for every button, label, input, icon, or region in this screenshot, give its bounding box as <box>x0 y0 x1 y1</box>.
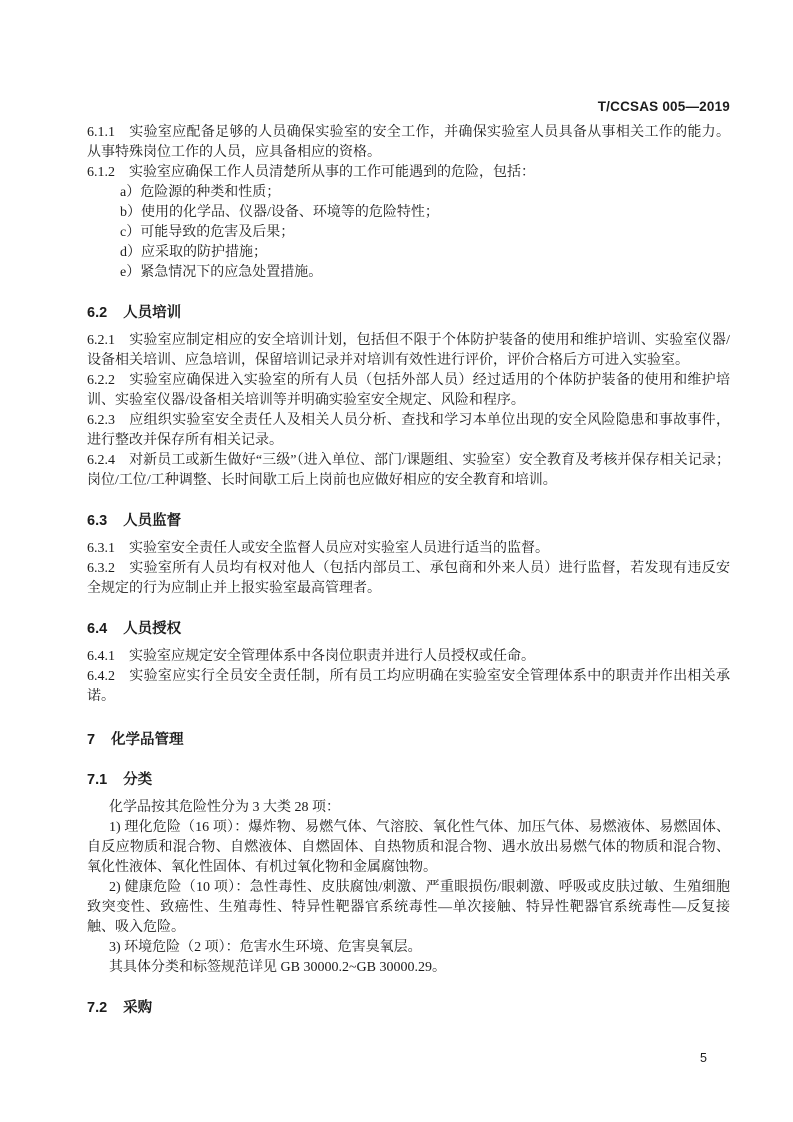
clause-text: 实验室应规定安全管理体系中各岗位职责并进行人员授权或任命。 <box>129 649 535 664</box>
heading-label: 分类 <box>123 772 152 788</box>
heading-7-1: 7.1分类 <box>87 770 730 790</box>
heading-7: 7化学品管理 <box>87 730 730 750</box>
list-item-b: b）使用的化学品、仪器/设备、环境等的危险特性； <box>120 203 730 223</box>
clause-number: 6.2.1 <box>87 333 115 348</box>
clause-number: 6.3.2 <box>87 561 115 576</box>
para-chem-physical-hazards: 1) 理化危险（16 项）：爆炸物、易燃气体、气溶胶、氧化性气体、加压气体、易燃… <box>87 818 730 878</box>
clause-text: 实验室应确保进入实验室的所有人员（包括外部人员）经过适用的个体防护装备的使用和维… <box>87 373 730 408</box>
list-item-a: a）危险源的种类和性质； <box>120 183 730 203</box>
heading-number: 6.3 <box>87 513 107 529</box>
heading-number: 7 <box>87 732 95 748</box>
clause-6-2-2: 6.2.2实验室应确保进入实验室的所有人员（包括外部人员）经过适用的个体防护装备… <box>87 371 730 411</box>
clause-number: 6.2.4 <box>87 453 115 468</box>
para-chem-health-hazards: 2) 健康危险（10 项）：急性毒性、皮肤腐蚀/刺激、严重眼损伤/眼刺激、呼吸或… <box>87 878 730 938</box>
clause-text: 实验室应制定相应的安全培训计划，包括但不限于个体防护装备的使用和维护培训、实验室… <box>87 333 730 368</box>
header-doc-number: T/CCSAS 005—2019 <box>87 97 730 117</box>
clause-number: 6.4.2 <box>87 669 115 684</box>
clause-text: 实验室安全责任人或安全监督人员应对实验室人员进行适当的监督。 <box>129 541 549 556</box>
page-number: 5 <box>700 1048 707 1068</box>
clause-6-3-2: 6.3.2实验室所有人员均有权对他人（包括内部员工、承包商和外来人员）进行监督，… <box>87 559 730 599</box>
clause-6-1-1: 6.1.1实验室应配备足够的人员确保实验室的安全工作，并确保实验室人员具备从事相… <box>87 123 730 163</box>
list-item-e: e）紧急情况下的应急处置措施。 <box>120 263 730 283</box>
heading-6-2: 6.2人员培训 <box>87 303 730 323</box>
heading-6-4: 6.4人员授权 <box>87 619 730 639</box>
heading-label: 采购 <box>123 1000 152 1016</box>
clause-text: 实验室所有人员均有权对他人（包括内部员工、承包商和外来人员）进行监督，若发现有违… <box>87 561 730 596</box>
para-chem-environment-hazards: 3) 环境危险（2 项）：危害水生环境、危害臭氧层。 <box>87 938 730 958</box>
heading-number: 6.2 <box>87 305 107 321</box>
document-page: T/CCSAS 005—2019 6.1.1实验室应配备足够的人员确保实验室的安… <box>0 0 793 1122</box>
hazard-list: a）危险源的种类和性质； b）使用的化学品、仪器/设备、环境等的危险特性； c）… <box>87 183 730 283</box>
clause-6-4-2: 6.4.2实验室应实行全员安全责任制，所有员工均应明确在实验室安全管理体系中的职… <box>87 667 730 707</box>
heading-6-3: 6.3人员监督 <box>87 511 730 531</box>
para-chem-intro: 化学品按其危险性分为 3 大类 28 项： <box>87 798 730 818</box>
clause-6-1-2: 6.1.2实验室应确保工作人员清楚所从事的工作可能遇到的危险，包括： <box>87 163 730 183</box>
clause-number: 6.2.3 <box>87 413 115 428</box>
clause-6-4-1: 6.4.1实验室应规定安全管理体系中各岗位职责并进行人员授权或任命。 <box>87 647 730 667</box>
para-chem-reference: 其具体分类和标签规范详见 GB 30000.2~GB 30000.29。 <box>87 958 730 978</box>
heading-number: 6.4 <box>87 621 107 637</box>
heading-7-2: 7.2采购 <box>87 998 730 1018</box>
heading-number: 7.2 <box>87 1000 107 1016</box>
clause-number: 6.1.1 <box>87 125 115 140</box>
clause-number: 6.4.1 <box>87 649 115 664</box>
clause-number: 6.2.2 <box>87 373 115 388</box>
clause-text: 对新员工或新生做好“三级”（进入单位、部门/课题组、实验室）安全教育及考核并保存… <box>87 453 730 488</box>
clause-number: 6.1.2 <box>87 165 115 180</box>
clause-number: 6.3.1 <box>87 541 115 556</box>
list-item-d: d）应采取的防护措施； <box>120 243 730 263</box>
clause-text: 实验室应实行全员安全责任制，所有员工均应明确在实验室安全管理体系中的职责并作出相… <box>87 669 730 704</box>
clause-6-3-1: 6.3.1实验室安全责任人或安全监督人员应对实验室人员进行适当的监督。 <box>87 539 730 559</box>
clause-6-2-4: 6.2.4对新员工或新生做好“三级”（进入单位、部门/课题组、实验室）安全教育及… <box>87 451 730 491</box>
heading-number: 7.1 <box>87 772 107 788</box>
clause-text: 实验室应配备足够的人员确保实验室的安全工作，并确保实验室人员具备从事相关工作的能… <box>87 125 730 160</box>
heading-label: 人员监督 <box>123 513 181 529</box>
heading-label: 化学品管理 <box>111 732 184 748</box>
clause-6-2-1: 6.2.1实验室应制定相应的安全培训计划，包括但不限于个体防护装备的使用和维护培… <box>87 331 730 371</box>
heading-label: 人员培训 <box>123 305 181 321</box>
clause-6-2-3: 6.2.3应组织实验室安全责任人及相关人员分析、查找和学习本单位出现的安全风险隐… <box>87 411 730 451</box>
list-item-c: c）可能导致的危害及后果； <box>120 223 730 243</box>
heading-label: 人员授权 <box>123 621 181 637</box>
clause-text: 应组织实验室安全责任人及相关人员分析、查找和学习本单位出现的安全风险隐患和事故事… <box>87 413 730 448</box>
clause-text: 实验室应确保工作人员清楚所从事的工作可能遇到的危险，包括： <box>129 165 535 180</box>
